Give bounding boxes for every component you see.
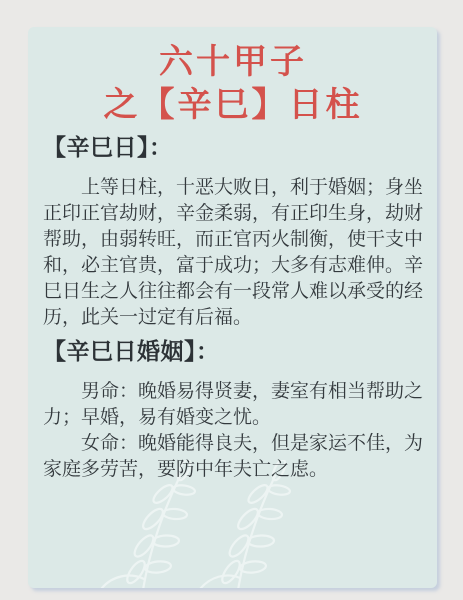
- title-line-2: 之【辛巳】日柱: [43, 84, 423, 127]
- content-card: 六十甲子 之【辛巳】日柱 【辛巳日】： 上等日柱，十恶大败日，利于婚姻；身坐正印…: [28, 27, 437, 588]
- title-line-1: 六十甲子: [43, 41, 423, 84]
- marriage-female-paragraph: 女命：晚婚能得良夫，但是家运不佳，为家庭多劳苦，要防中年夫亡之虑。: [43, 431, 423, 483]
- section-marriage: 【辛巳日婚姻】： 男命：晚婚易得贤妻，妻室有相当帮助之力；早婚，易有婚变之忧。 …: [43, 338, 423, 483]
- section-heading-marriage: 【辛巳日婚姻】：: [43, 338, 423, 364]
- card-content: 六十甲子 之【辛巳】日柱 【辛巳日】： 上等日柱，十恶大败日，利于婚姻；身坐正印…: [28, 27, 437, 483]
- day-pillar-paragraph: 上等日柱，十恶大败日，利于婚姻；身坐正印正官劫财，辛金柔弱，有正印生身，劫财帮助…: [43, 175, 423, 331]
- page-title: 六十甲子 之【辛巳】日柱: [43, 41, 423, 127]
- marriage-male-paragraph: 男命：晚婚易得贤妻，妻室有相当帮助之力；早婚，易有婚变之忧。: [43, 379, 423, 431]
- section-heading-day-pillar: 【辛巳日】：: [43, 134, 423, 160]
- section-day-pillar: 【辛巳日】： 上等日柱，十恶大败日，利于婚姻；身坐正印正官劫财，辛金柔弱，有正印…: [43, 134, 423, 331]
